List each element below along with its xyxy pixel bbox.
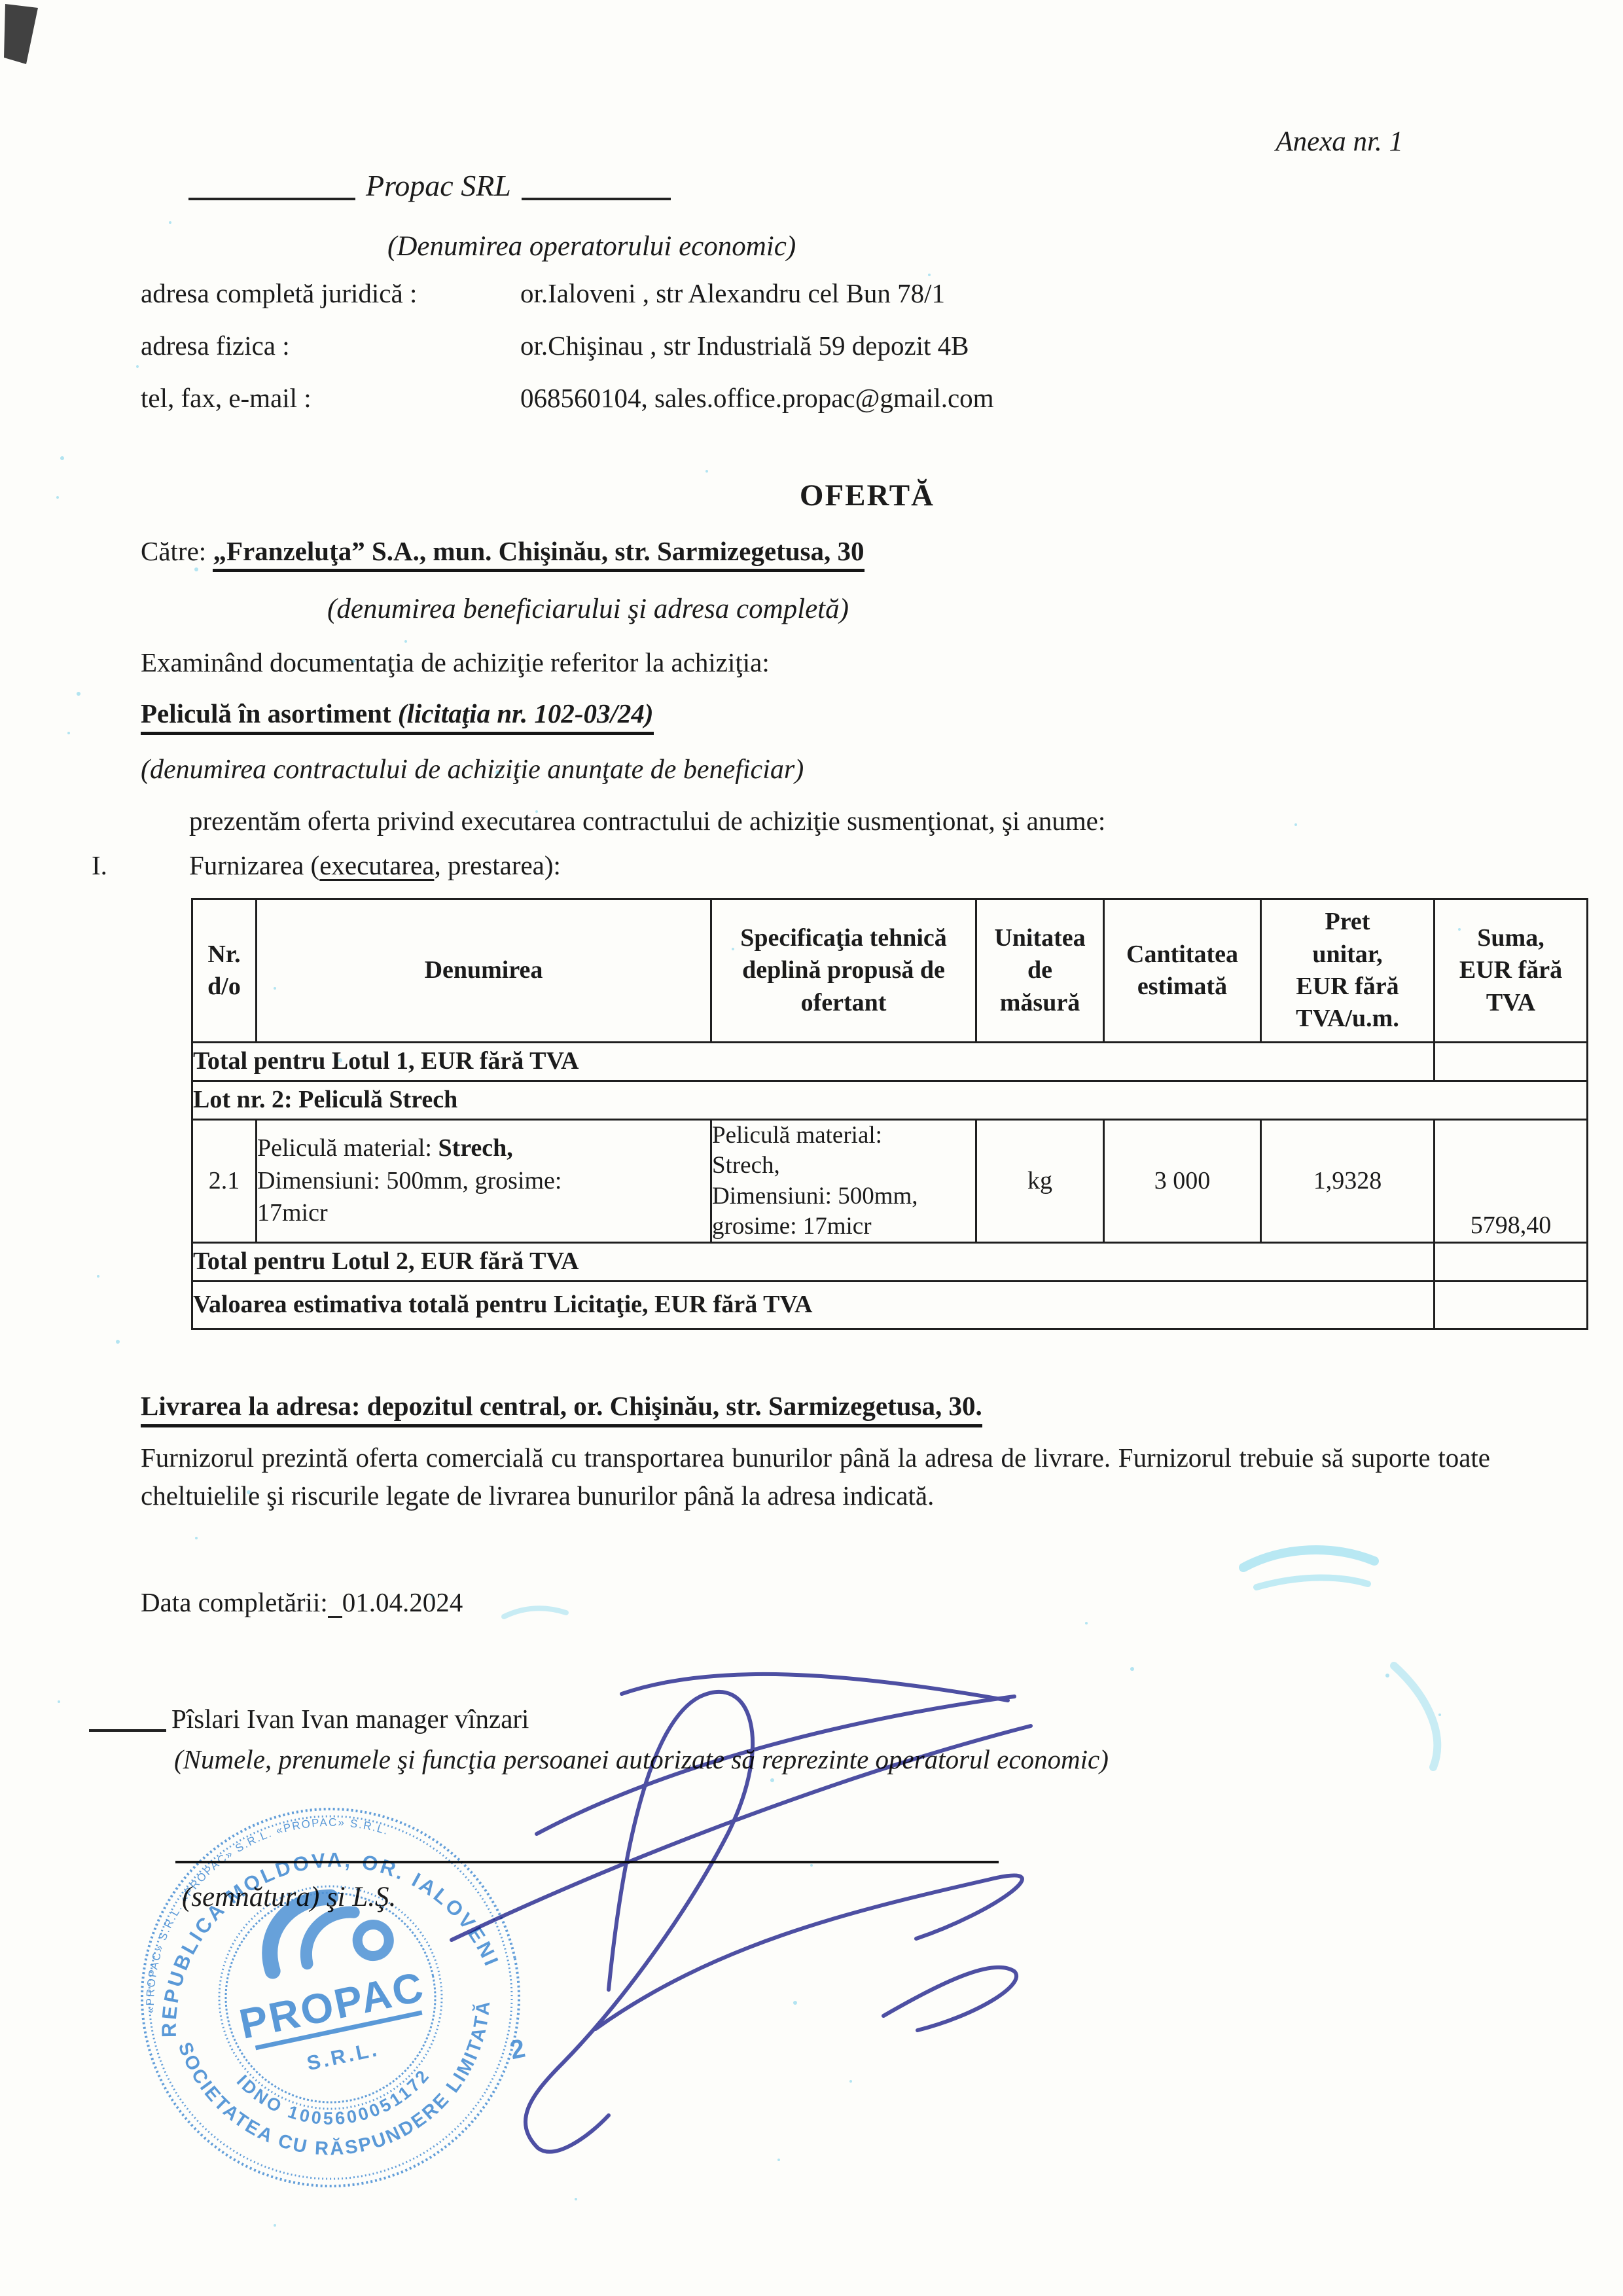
terms-paragraph: Furnizorul prezintă oferta comercială cu…: [141, 1439, 1490, 1515]
item-price-cell: 1,9328: [1261, 1120, 1435, 1243]
subject-name: Peliculă în asortiment: [141, 698, 398, 728]
item-qty-cell: 3 000: [1104, 1120, 1261, 1243]
lot2-title: Lot nr. 2: Peliculă Strech: [192, 1081, 1588, 1120]
underline-segment: [522, 164, 671, 200]
total-lot1-row: Total pentru Lotul 1, EUR fără TVA: [192, 1043, 1588, 1081]
address-row-fizica: adresa fizica : or.Chişinau , str Indust…: [141, 330, 969, 361]
address-label: adresa completă juridică :: [141, 278, 520, 309]
corner-mark: [4, 4, 38, 64]
address-value: or.Chişinau , str Industrială 59 depozit…: [520, 330, 969, 361]
header-denumirea: Denumirea: [257, 899, 711, 1043]
item-unit-cell: kg: [976, 1120, 1104, 1243]
item-name-rest: Dimensiuni: 500mm, grosime: 17micr: [257, 1167, 562, 1227]
header-pret-unitar: Pret unitar, EUR fără TVA/u.m.: [1261, 899, 1435, 1043]
offer-table: Nr. d/o Denumirea Specificaţia tehnică d…: [191, 898, 1588, 1330]
item-name-prefix: Peliculă material:: [257, 1134, 438, 1162]
address-value: or.Ialoveni , str Alexandru cel Bun 78/1: [520, 278, 945, 309]
present-offer-line: prezentăm oferta privind executarea cont…: [189, 805, 1105, 836]
beneficiary-label: Către:: [141, 536, 213, 566]
scanned-offer-document: Anexa nr. 1 Propac SRL (Denumirea operat…: [0, 0, 1623, 2296]
address-label: adresa fizica :: [141, 330, 520, 361]
item-sum-cell: 5798,40: [1435, 1120, 1588, 1243]
table-header-row: Nr. d/o Denumirea Specificaţia tehnică d…: [192, 899, 1588, 1043]
header-suma: Suma, EUR fără TVA: [1435, 899, 1588, 1043]
page-title: OFERTĂ: [0, 478, 1623, 513]
total-tender-row: Valoarea estimativa totală pentru Licita…: [192, 1282, 1588, 1329]
total-tender-sum-cell: [1435, 1282, 1588, 1329]
subject-line: Peliculă în asortiment (licitaţia nr. 10…: [141, 698, 654, 729]
date-value: 01.04.2024: [342, 1587, 463, 1617]
annex-number: Anexa nr. 1: [1275, 126, 1403, 158]
header-cantitatea: Cantitatea estimată: [1104, 899, 1261, 1043]
address-row-contact: tel, fax, e-mail : 068560104, sales.offi…: [141, 382, 994, 414]
section-numeral: I.: [92, 850, 107, 881]
delivery-text: Livrarea la adresa: depozitul central, o…: [141, 1391, 982, 1427]
total-tender-label: Valoarea estimativa totală pentru Licita…: [192, 1282, 1435, 1329]
total-lot2-row: Total pentru Lotul 2, EUR fără TVA: [192, 1243, 1588, 1282]
total-lot1-sum-cell: [1435, 1043, 1588, 1081]
examining-line: Examinând documentaţia de achiziţie refe…: [141, 647, 770, 678]
header-nr: Nr. d/o: [192, 899, 257, 1043]
item-name-cell: Peliculă material: Strech, Dimensiuni: 5…: [257, 1120, 711, 1243]
total-lot1-label: Total pentru Lotul 1, EUR fără TVA: [192, 1043, 1435, 1081]
supplier-name-line: Propac SRL: [188, 164, 671, 203]
supplier-caption: (Denumirea operatorului economic): [387, 230, 796, 262]
delivery-line: Livrarea la adresa: depozitul central, o…: [141, 1390, 982, 1422]
underline-segment: [89, 1699, 166, 1732]
furnish-underlined: executarea: [319, 850, 434, 880]
address-label: tel, fax, e-mail :: [141, 382, 520, 414]
lot2-title-row: Lot nr. 2: Peliculă Strech: [192, 1081, 1588, 1120]
beneficiary-line: Către: „Franzeluţa” S.A., mun. Chişinău,…: [141, 535, 865, 567]
address-value: 068560104, sales.office.propac@gmail.com: [520, 382, 994, 414]
underline-gap: [328, 1588, 342, 1618]
item-spec-cell: Peliculă material: Strech, Dimensiuni: 5…: [711, 1120, 976, 1243]
furnish-line: Furnizarea (executarea, prestarea):: [189, 850, 561, 881]
date-label: Data completării:: [141, 1587, 328, 1617]
handwritten-signature: [255, 1662, 1041, 2186]
completion-date-line: Data completării:01.04.2024: [141, 1587, 463, 1618]
supplier-name: Propac SRL: [355, 170, 522, 203]
address-row-juridica: adresa completă juridică : or.Ialoveni ,…: [141, 278, 945, 309]
header-unitatea: Unitatea de măsură: [976, 899, 1104, 1043]
item-name-bold: Strech,: [438, 1134, 512, 1162]
furnish-suffix: , prestarea):: [434, 850, 561, 880]
item-nr-cell: 2.1: [192, 1120, 257, 1243]
beneficiary-value: „Franzeluţa” S.A., mun. Chişinău, str. S…: [213, 536, 864, 572]
furnish-prefix: Furnizarea (: [189, 850, 319, 880]
total-lot2-label: Total pentru Lotul 2, EUR fără TVA: [192, 1243, 1435, 1282]
beneficiary-caption: (denumirea beneficiarului şi adresa comp…: [327, 593, 849, 625]
subject-caption: (denumirea contractului de achiziţie anu…: [141, 754, 804, 785]
header-specificatia: Specificaţia tehnică deplină propusă de …: [711, 899, 976, 1043]
item-row: 2.1 Peliculă material: Strech, Dimensiun…: [192, 1120, 1588, 1243]
underline-segment: [188, 164, 355, 200]
total-lot2-sum-cell: [1435, 1243, 1588, 1282]
tender-number: (licitaţia nr. 102-03/24): [398, 698, 654, 728]
